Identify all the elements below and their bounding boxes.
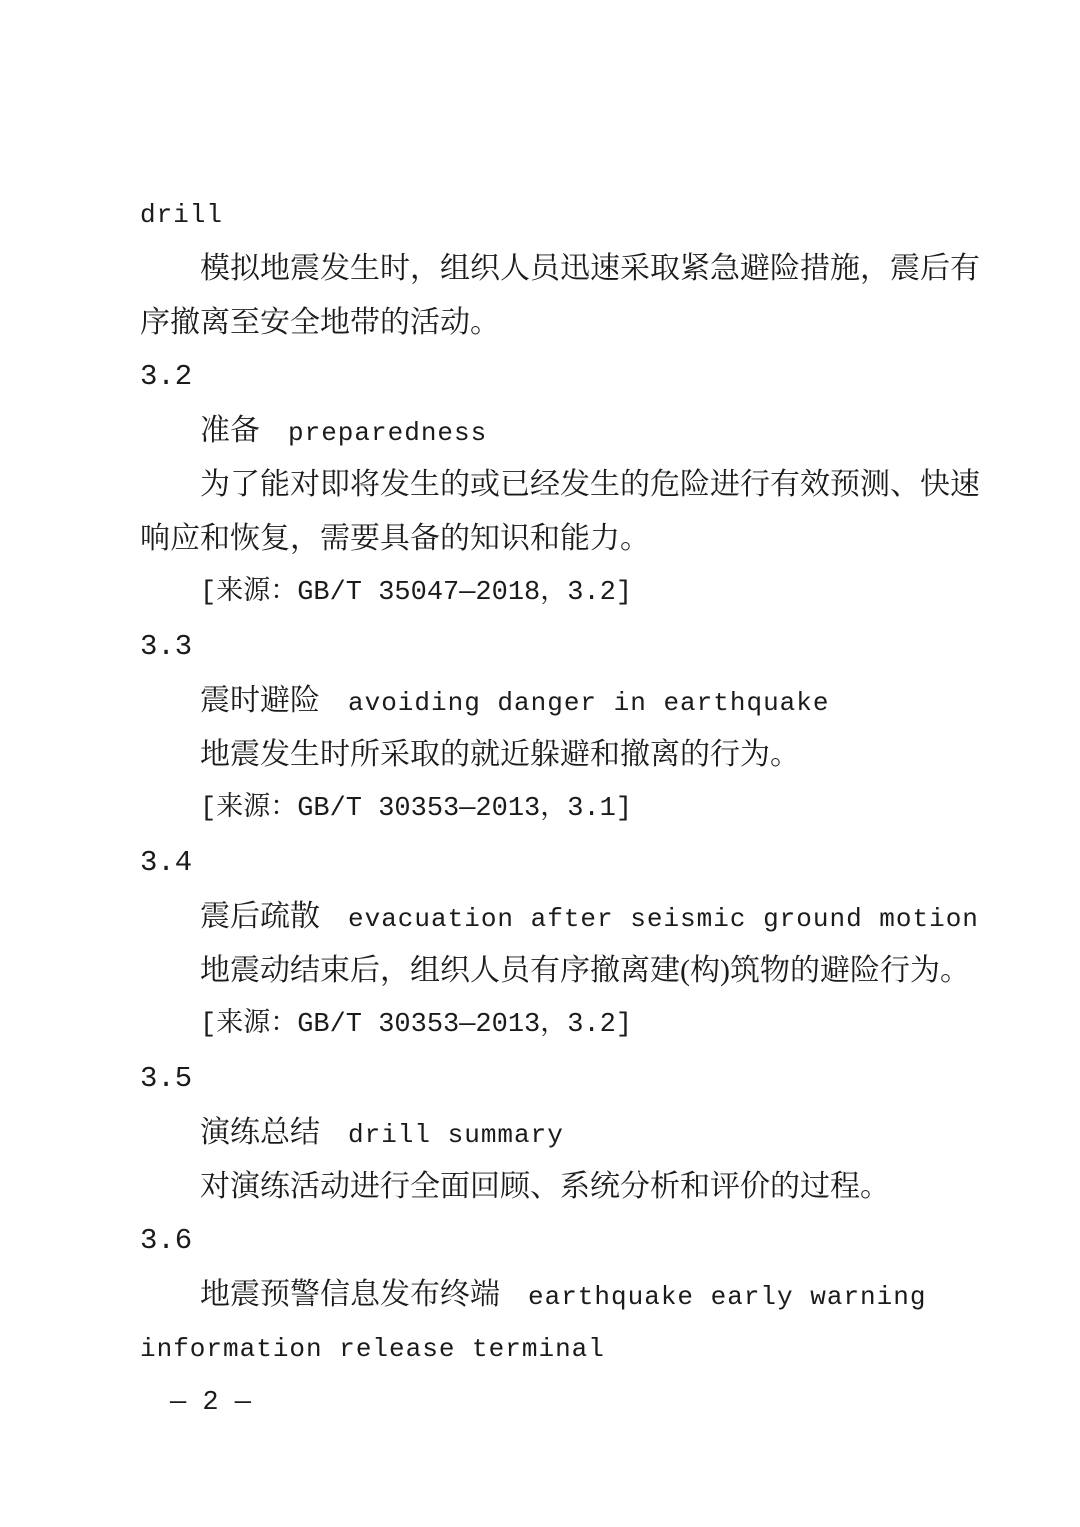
source-reference: [来源：GB/T 30353—2013，3.1] [140,782,970,836]
definition-line: 模拟地震发生时，组织人员迅速采取紧急避险措施，震后有 [140,242,970,296]
definition-line: 序撤离至安全地带的活动。 [140,296,970,350]
document-page: drill 模拟地震发生时，组织人员迅速采取紧急避险措施，震后有 序撤离至安全地… [0,0,1080,1527]
definition-line: 对演练活动进行全面回顾、系统分析和评价的过程。 [140,1160,970,1214]
clause-number: 3.6 [140,1214,970,1268]
term-chinese: 演练总结 [200,1116,320,1149]
definition-line: 响应和恢复，需要具备的知识和能力。 [140,512,970,566]
term-chinese: 准备 [200,414,260,447]
term-english: drill summary [348,1120,564,1150]
term-chinese: 地震预警信息发布终端 [200,1278,500,1311]
term-english: drill [140,188,970,242]
term-english: evacuation after seismic ground motion [348,904,979,934]
definition-line: 地震动结束后，组织人员有序撤离建(构)筑物的避险行为。 [140,944,970,998]
clause-number: 3.5 [140,1052,970,1106]
term-line: 震时避险avoiding danger in earthquake [140,674,970,728]
term-line: 地震预警信息发布终端earthquake early warning [140,1268,970,1322]
term-line: 准备preparedness [140,404,970,458]
term-english: avoiding danger in earthquake [348,688,829,718]
term-english-continued: information release terminal [140,1322,970,1376]
source-reference: [来源：GB/T 35047—2018，3.2] [140,566,970,620]
term-line: 演练总结drill summary [140,1106,970,1160]
term-chinese: 震时避险 [200,684,320,717]
term-english: earthquake early warning [528,1282,926,1312]
term-line: 震后疏散evacuation after seismic ground moti… [140,890,970,944]
clause-number: 3.2 [140,350,970,404]
page-number: — 2 — [170,1376,970,1430]
source-reference: [来源：GB/T 30353—2013，3.2] [140,998,970,1052]
clause-number: 3.3 [140,620,970,674]
definition-line: 为了能对即将发生的或已经发生的危险进行有效预测、快速 [140,458,970,512]
term-english: preparedness [288,418,487,448]
clause-number: 3.4 [140,836,970,890]
term-chinese: 震后疏散 [200,900,320,933]
definition-line: 地震发生时所采取的就近躲避和撤离的行为。 [140,728,970,782]
